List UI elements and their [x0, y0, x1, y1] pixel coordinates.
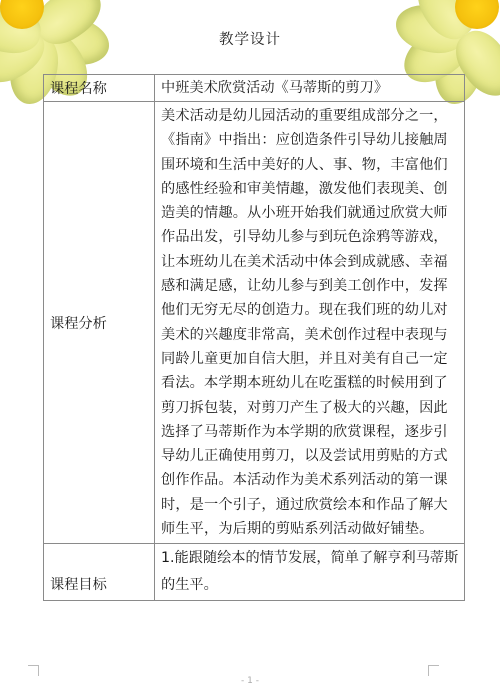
page-corner-mark-left [28, 665, 39, 676]
row-content: 1.能跟随绘本的情节发展，简单了解亨利马蒂斯的生平。 [155, 544, 465, 601]
row-label: 课程目标 [44, 544, 155, 601]
row-content: 美术活动是幼儿园活动的重要组成部分之一，《指南》中指出：应创造条件引导幼儿接触周… [155, 102, 465, 544]
document-title: 教学设计 [0, 28, 500, 49]
row-content: 中班美术欣赏活动《马蒂斯的剪刀》 [155, 75, 465, 102]
page-corner-mark-right [428, 665, 439, 676]
table-row-course-analysis: 课程分析 美术活动是幼儿园活动的重要组成部分之一，《指南》中指出：应创造条件引导… [44, 102, 465, 544]
lesson-plan-table: 课程名称 中班美术欣赏活动《马蒂斯的剪刀》 课程分析 美术活动是幼儿园活动的重要… [43, 74, 465, 601]
row-label: 课程分析 [44, 102, 155, 544]
row-label: 课程名称 [44, 75, 155, 102]
page-number: - 1 - [0, 676, 500, 686]
table-row-course-goals: 课程目标 1.能跟随绘本的情节发展，简单了解亨利马蒂斯的生平。 [44, 544, 465, 601]
table-row-course-name: 课程名称 中班美术欣赏活动《马蒂斯的剪刀》 [44, 75, 465, 102]
